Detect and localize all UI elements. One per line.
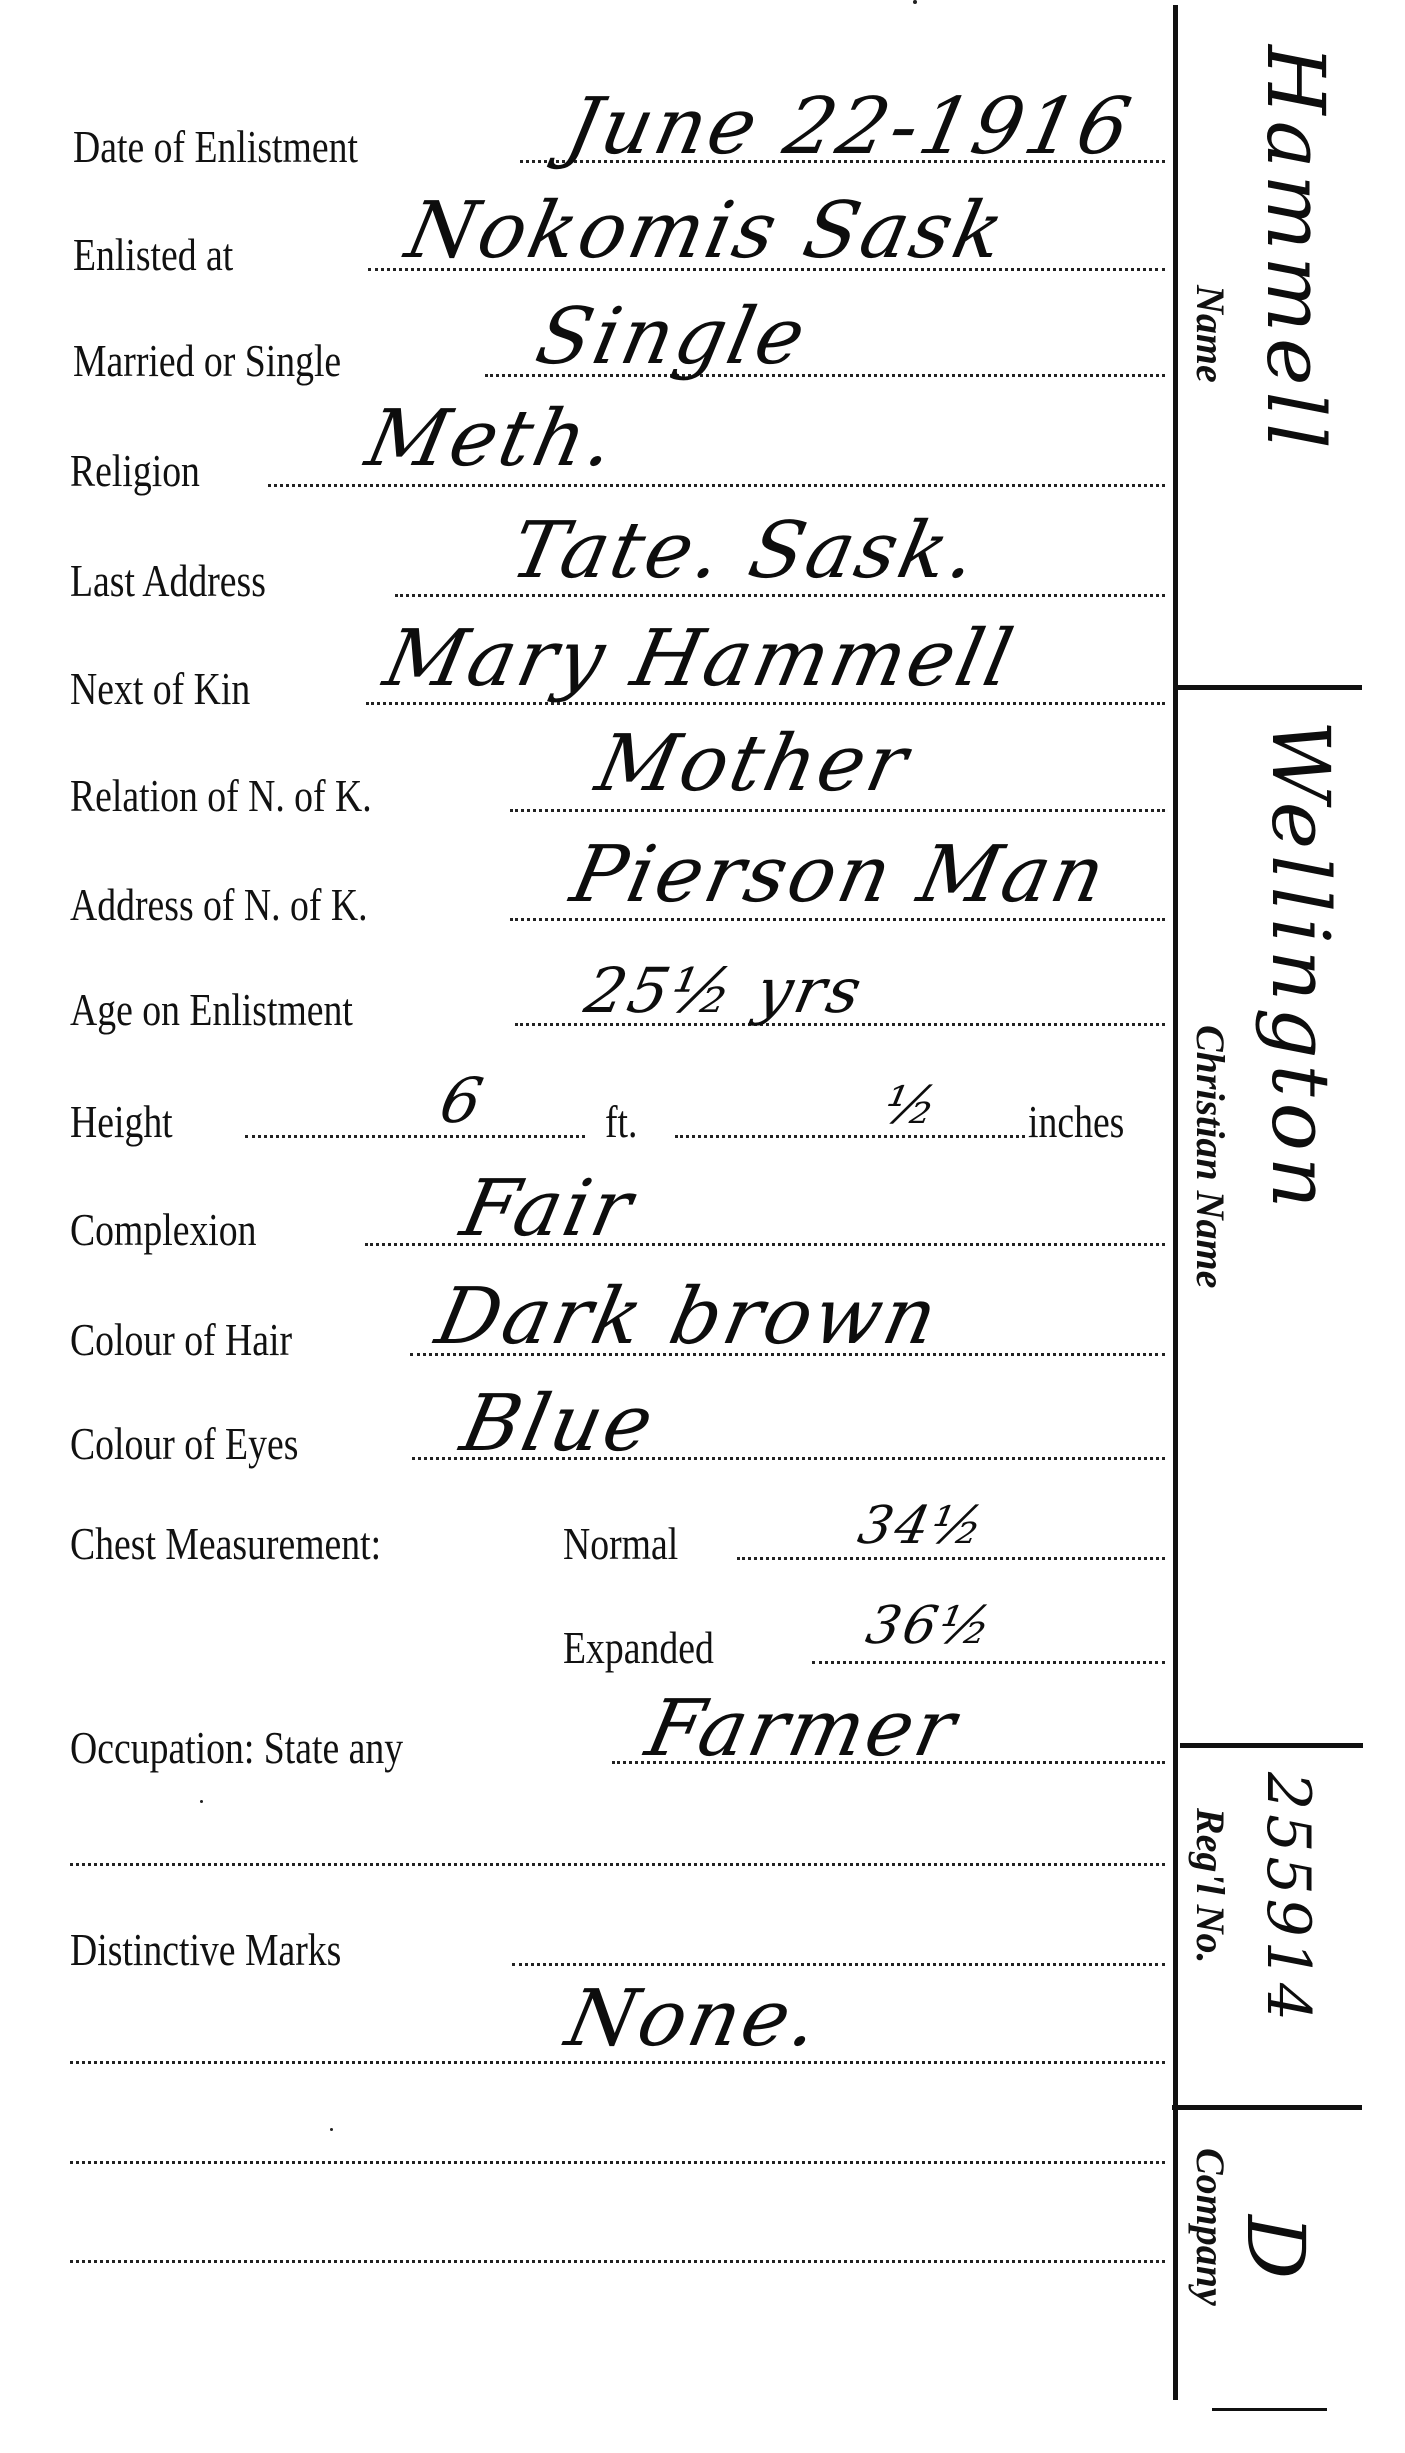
- dotted-leader-expanded: [812, 1661, 1165, 1664]
- vertical-divider: [1173, 5, 1178, 2400]
- handwritten-value: None.: [560, 1980, 828, 2058]
- handwritten-feet-value: 6: [435, 1070, 491, 1132]
- dotted-leader-inches: [675, 1135, 1025, 1138]
- field-label: Address of N. of K.: [70, 882, 368, 928]
- side-label: Christian Name: [1190, 1025, 1230, 1288]
- side-label: Company: [1190, 2148, 1230, 2306]
- handwritten-value: Blue: [455, 1385, 662, 1463]
- field-label: Height: [70, 1099, 173, 1145]
- side-label: Reg'l No.: [1190, 1808, 1230, 1964]
- handwritten-expanded-value: 36½: [862, 1600, 999, 1652]
- dotted-leader-continuation: [70, 2260, 1165, 2263]
- field-label: Next of Kin: [70, 666, 250, 712]
- dotted-leader-continuation: [70, 2161, 1165, 2164]
- handwritten-value: Tate. Sask.: [505, 512, 986, 590]
- chest-expanded-label: Expanded: [563, 1625, 714, 1671]
- section-divider: [1180, 1743, 1363, 1748]
- field-label: Enlisted at: [73, 232, 233, 278]
- handwritten-value: Single: [530, 298, 814, 376]
- field-label: Colour of Hair: [70, 1317, 292, 1363]
- handwritten-normal-value: 34½: [854, 1500, 991, 1552]
- handwritten-value: Pierson Man: [565, 836, 1114, 914]
- field-label: Last Address: [70, 558, 266, 604]
- handwritten-value: Mother: [590, 725, 916, 803]
- field-label: Religion: [70, 448, 200, 494]
- field-label: Colour of Eyes: [70, 1421, 298, 1467]
- field-label: Chest Measurement:: [70, 1521, 381, 1567]
- ink-speck: [200, 1800, 203, 1803]
- dotted-leader-continuation: [70, 2061, 1165, 2064]
- handwritten-inches-value: ½: [880, 1080, 944, 1132]
- dotted-leader: [512, 1963, 1165, 1966]
- handwritten-value: Dark brown: [430, 1278, 946, 1356]
- handwritten-company: D: [1235, 2215, 1315, 2285]
- field-label: Married or Single: [73, 338, 341, 384]
- dotted-leader-normal: [737, 1557, 1165, 1560]
- handwritten-value: Fair: [455, 1170, 641, 1248]
- handwritten-value: 25½ yrs: [580, 960, 869, 1022]
- handwritten-regimental-number: 255914: [1258, 1772, 1318, 2025]
- field-label: Relation of N. of K.: [70, 773, 372, 819]
- handwritten-value: Meth.: [360, 400, 624, 478]
- dotted-leader: [510, 809, 1165, 812]
- ink-speck: [330, 2128, 333, 2131]
- section-divider: [1178, 685, 1362, 690]
- side-label: Name: [1190, 285, 1230, 383]
- section-divider: [1172, 2105, 1362, 2110]
- field-label: Complexion: [70, 1207, 257, 1253]
- handwritten-surname: Hammell: [1255, 45, 1335, 455]
- handwritten-christian-name: Wellington: [1260, 720, 1340, 1214]
- handwritten-value: Nokomis Sask: [400, 192, 1013, 270]
- dotted-leader-feet: [245, 1135, 585, 1138]
- dotted-leader-continuation: [70, 1863, 1165, 1866]
- field-label: Age on Enlistment: [70, 987, 353, 1033]
- field-label: Distinctive Marks: [70, 1927, 341, 1973]
- handwritten-value: June 22-1916: [560, 88, 1139, 166]
- inches-unit-label: inches: [1028, 1099, 1124, 1145]
- ink-speck: [913, 0, 917, 4]
- feet-unit-label: ft.: [605, 1099, 637, 1145]
- handwritten-value: Farmer: [640, 1690, 965, 1768]
- handwritten-value: Mary Hammell: [378, 620, 1022, 698]
- field-label: Occupation: State any: [70, 1725, 403, 1771]
- enlistment-record-card: Date of Enlistment June 22-1916 Enlisted…: [0, 0, 1405, 2453]
- dotted-leader: [268, 484, 1165, 487]
- field-label: Date of Enlistment: [73, 124, 358, 170]
- bottom-rule: [1212, 2408, 1327, 2411]
- chest-normal-label: Normal: [563, 1521, 678, 1567]
